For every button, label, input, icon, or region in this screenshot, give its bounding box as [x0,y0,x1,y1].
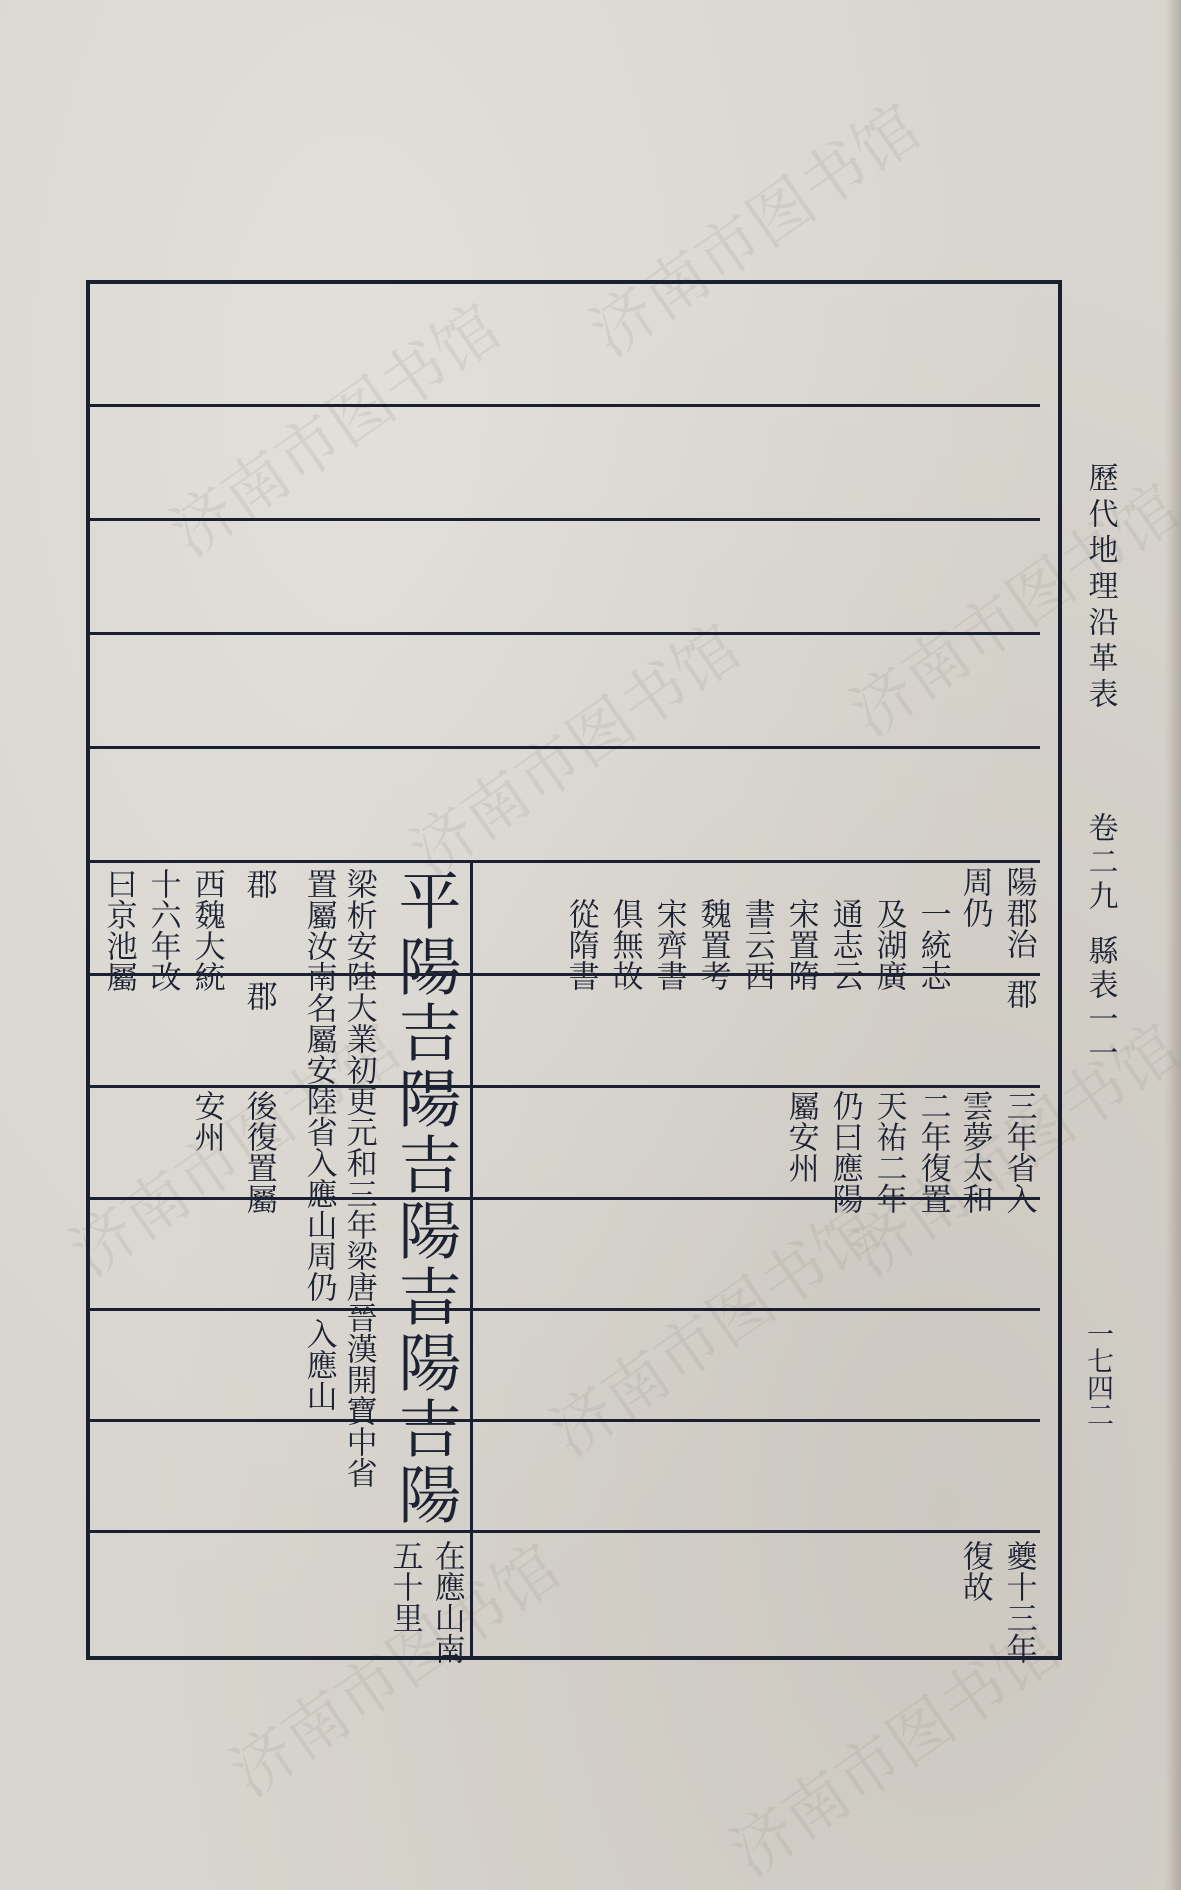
right-note-r1-col10: 俱無故 [606,898,642,991]
right-note-r3-col1: 三年省入 [1000,1090,1036,1214]
volume-label: 卷二九 [1082,812,1117,914]
right-note-r3-col2: 雲夢太和 [956,1090,992,1214]
right-note-r2-col1: 郡 [1000,978,1036,1009]
right-note-r3-col4: 天祐二年 [870,1090,906,1214]
row-divider [90,1085,1040,1088]
right-note-r1-col1: 陽郡治 [1000,866,1036,959]
place-name-column: 平陽吉陽吉陽吉陽吉陽 [388,868,460,1528]
left-note-col4-lower: 安州 [188,1090,224,1152]
left-note-col4-top: 西魏大統 [188,868,224,992]
left-note-col2-lower: 入應山 [300,1318,336,1411]
right-note-r3-col6: 屬安州 [782,1090,818,1183]
book-title: 歷代地理沿革表 [1082,462,1117,714]
column-divider [470,862,473,1656]
right-note-r1-col8: 魏置考 [694,898,730,991]
row-divider [90,632,1040,635]
left-note-col2: 置屬汝南名屬安陸省入應山周仍 [300,868,336,1302]
bottom-note-col1: 在應山南 [428,1540,464,1664]
row-divider [90,404,1040,407]
bottom-note-col2: 五十里 [386,1540,422,1633]
row-divider [90,746,1040,749]
row-divider [90,860,1040,863]
section-label: 縣表一一 [1082,935,1117,1071]
row-divider [90,1308,1040,1311]
row-divider [90,1530,1040,1533]
right-note-r1-col2: 周仍 [956,866,992,928]
page-number: 一七四二 [1082,1320,1113,1428]
right-note-r3-col5: 仍曰應陽 [826,1090,862,1214]
right-note-r1-col3: 一統志 [914,898,950,991]
left-note-col3-mid: 郡 [240,980,276,1011]
right-note-r1-col7: 書云西 [738,898,774,991]
left-note-col3-lower: 後復置屬 [240,1090,276,1214]
right-note-bottom-col1: 夔十三年 [1000,1540,1036,1664]
right-note-bottom-col2: 復故 [956,1540,992,1602]
right-note-r1-col4: 及湖廣 [870,898,906,991]
left-note-col5: 十六年改 [144,868,180,992]
row-divider [90,1419,1040,1422]
left-note-col6: 曰京池屬 [100,868,136,992]
right-note-r1-col5: 通志云 [826,898,862,991]
right-note-r3-col3: 二年復置 [914,1090,950,1214]
right-note-r1-col11: 從隋書 [562,898,598,991]
left-note-col1: 梁析安陸大業初更元和三年梁唐晉漢開寶中省 [340,868,376,1488]
left-note-col3-top: 郡 [240,868,276,899]
page-edge-shadow [1165,0,1181,1890]
row-divider [90,518,1040,521]
right-note-r1-col6: 宋置隋 [782,898,818,991]
right-note-r1-col9: 宋齊書 [650,898,686,991]
